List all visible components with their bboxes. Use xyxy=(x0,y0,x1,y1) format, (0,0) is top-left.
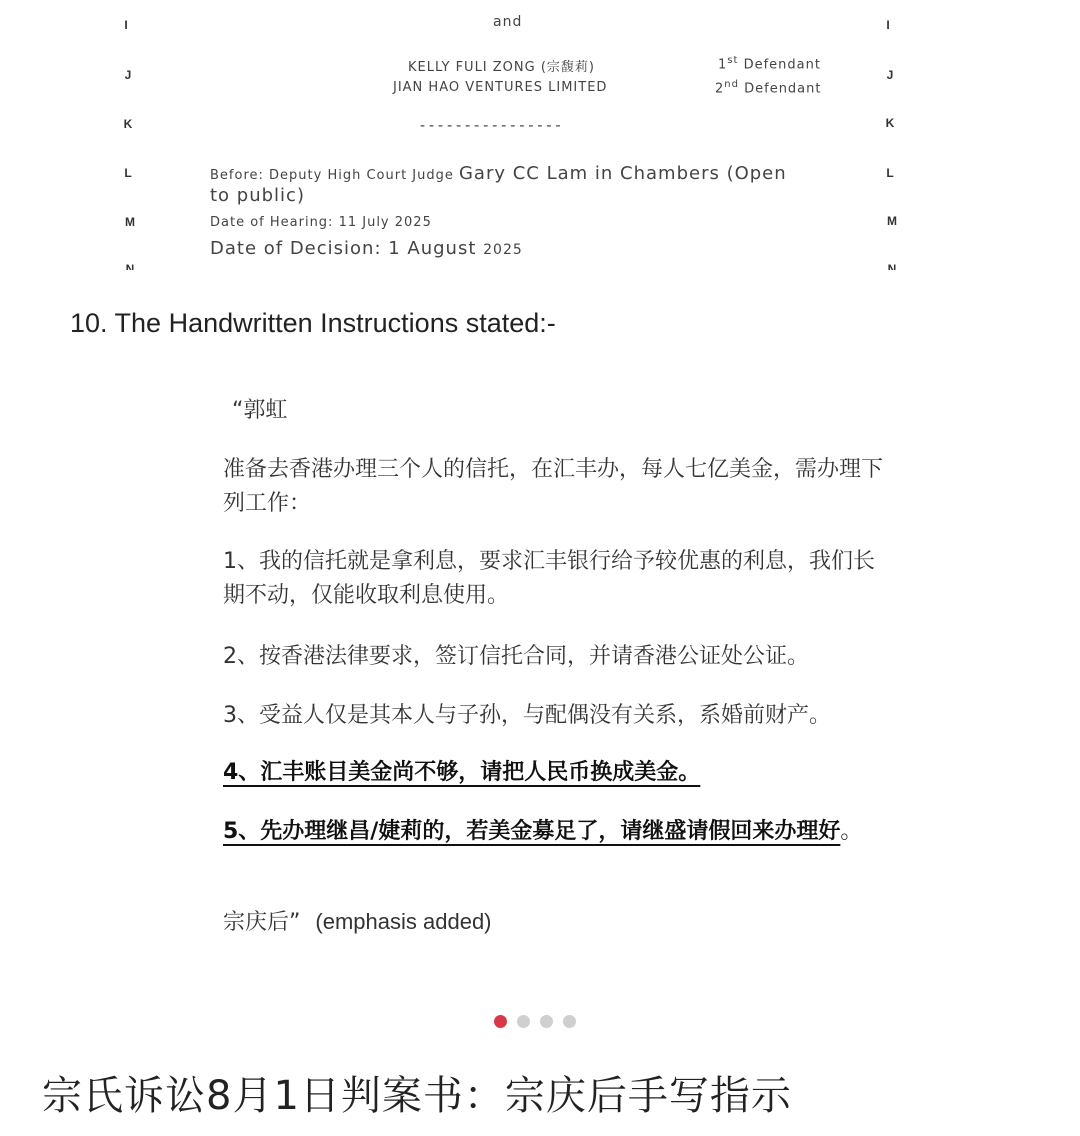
before-continuation: to public) xyxy=(210,185,305,206)
and-text: and xyxy=(493,14,522,30)
quote-signature-line: 宗庆后” (emphasis added) xyxy=(223,905,903,940)
paragraph-heading: 10. The Handwritten Instructions stated:… xyxy=(70,308,556,339)
role-label: Defendant xyxy=(744,81,821,96)
quote-item-4-emphasis: 4、汇丰账目美金尚不够，请把人民币换成美金。 xyxy=(223,756,903,790)
margin-letter-left: K xyxy=(118,117,138,131)
quote-item-3: 3、受益人仅是其本人与子孙，与配偶没有关系，系婚前财产。 xyxy=(223,699,923,733)
date-of-decision-label: Date of Decision: 1 August xyxy=(210,238,476,259)
before-prefix: Before: Deputy High Court Judge xyxy=(210,168,454,183)
carousel-dot-4[interactable] xyxy=(563,1015,576,1028)
quote-item-1: 1、我的信托就是拿利息，要求汇丰银行给予较优惠的利息，我们长期不动，仅能收取利息… xyxy=(223,545,893,613)
margin-letter-right: J xyxy=(880,68,900,82)
date-of-decision: Date of Decision: 1 August 2025 xyxy=(210,238,523,259)
ordinal-suffix: st xyxy=(727,55,738,66)
margin-letter-right: M xyxy=(882,214,902,228)
date-of-decision-year: 2025 xyxy=(483,242,523,258)
before-judge-line: Before: Deputy High Court Judge Gary CC … xyxy=(210,164,835,206)
margin-letter-left: J xyxy=(118,68,138,82)
defendant-2-name: JIAN HAO VENTURES LIMITED xyxy=(393,80,607,95)
defendant-1-role: 1st Defendant xyxy=(718,55,821,72)
separator-line: ---------------- xyxy=(418,116,563,134)
carousel-dot-2[interactable] xyxy=(517,1015,530,1028)
margin-letter-left: L xyxy=(118,166,138,180)
judge-name: Gary CC Lam in Chambers (Open xyxy=(459,163,787,184)
margin-letter-left: M xyxy=(120,215,140,229)
signature: 宗庆后” xyxy=(223,910,300,935)
ordinal: 2 xyxy=(715,81,724,96)
quote-intro: 准备去香港办理三个人的信托，在汇丰办，每人七亿美金，需办理下列工作： xyxy=(223,453,883,521)
carousel-dot-3[interactable] xyxy=(540,1015,553,1028)
ordinal-suffix: nd xyxy=(724,79,739,90)
emphasized-text: 4、汇丰账目美金尚不够，请把人民币换成美金。 xyxy=(223,760,700,785)
defendant-2-role: 2nd Defendant xyxy=(715,79,822,96)
post-caption: 宗氏诉讼8月1日判案书：宗庆后手写指示 xyxy=(42,1064,792,1121)
trailing-punctuation: 。 xyxy=(840,819,862,844)
carousel-pagination[interactable] xyxy=(494,1015,576,1028)
ordinal: 1 xyxy=(718,57,727,72)
date-of-hearing: Date of Hearing: 11 July 2025 xyxy=(210,215,432,230)
margin-letter-right: K xyxy=(880,116,900,130)
emphasis-note: (emphasis added) xyxy=(315,909,491,934)
margin-letter-left: N xyxy=(120,262,140,270)
quote-salutation: “郭虹 xyxy=(232,394,912,428)
quote-item-2: 2、按香港法律要求，签订信托合同，并请香港公证处公证。 xyxy=(223,640,903,674)
margin-letter-left: I xyxy=(116,18,136,32)
defendant-1-name: KELLY FULI ZONG (宗馥莉) xyxy=(408,56,595,75)
emphasized-text: 5、先办理继昌/婕莉的，若美金募足了，请继盛请假回来办理好 xyxy=(223,819,840,844)
role-label: Defendant xyxy=(744,57,821,72)
carousel-dot-1-active[interactable] xyxy=(494,1015,507,1028)
quote-item-5-emphasis: 5、先办理继昌/婕莉的，若美金募足了，请继盛请假回来办理好。 xyxy=(223,815,888,849)
margin-letter-right: L xyxy=(880,166,900,180)
margin-letter-right: I xyxy=(878,18,898,32)
margin-letter-right: N xyxy=(882,262,902,270)
